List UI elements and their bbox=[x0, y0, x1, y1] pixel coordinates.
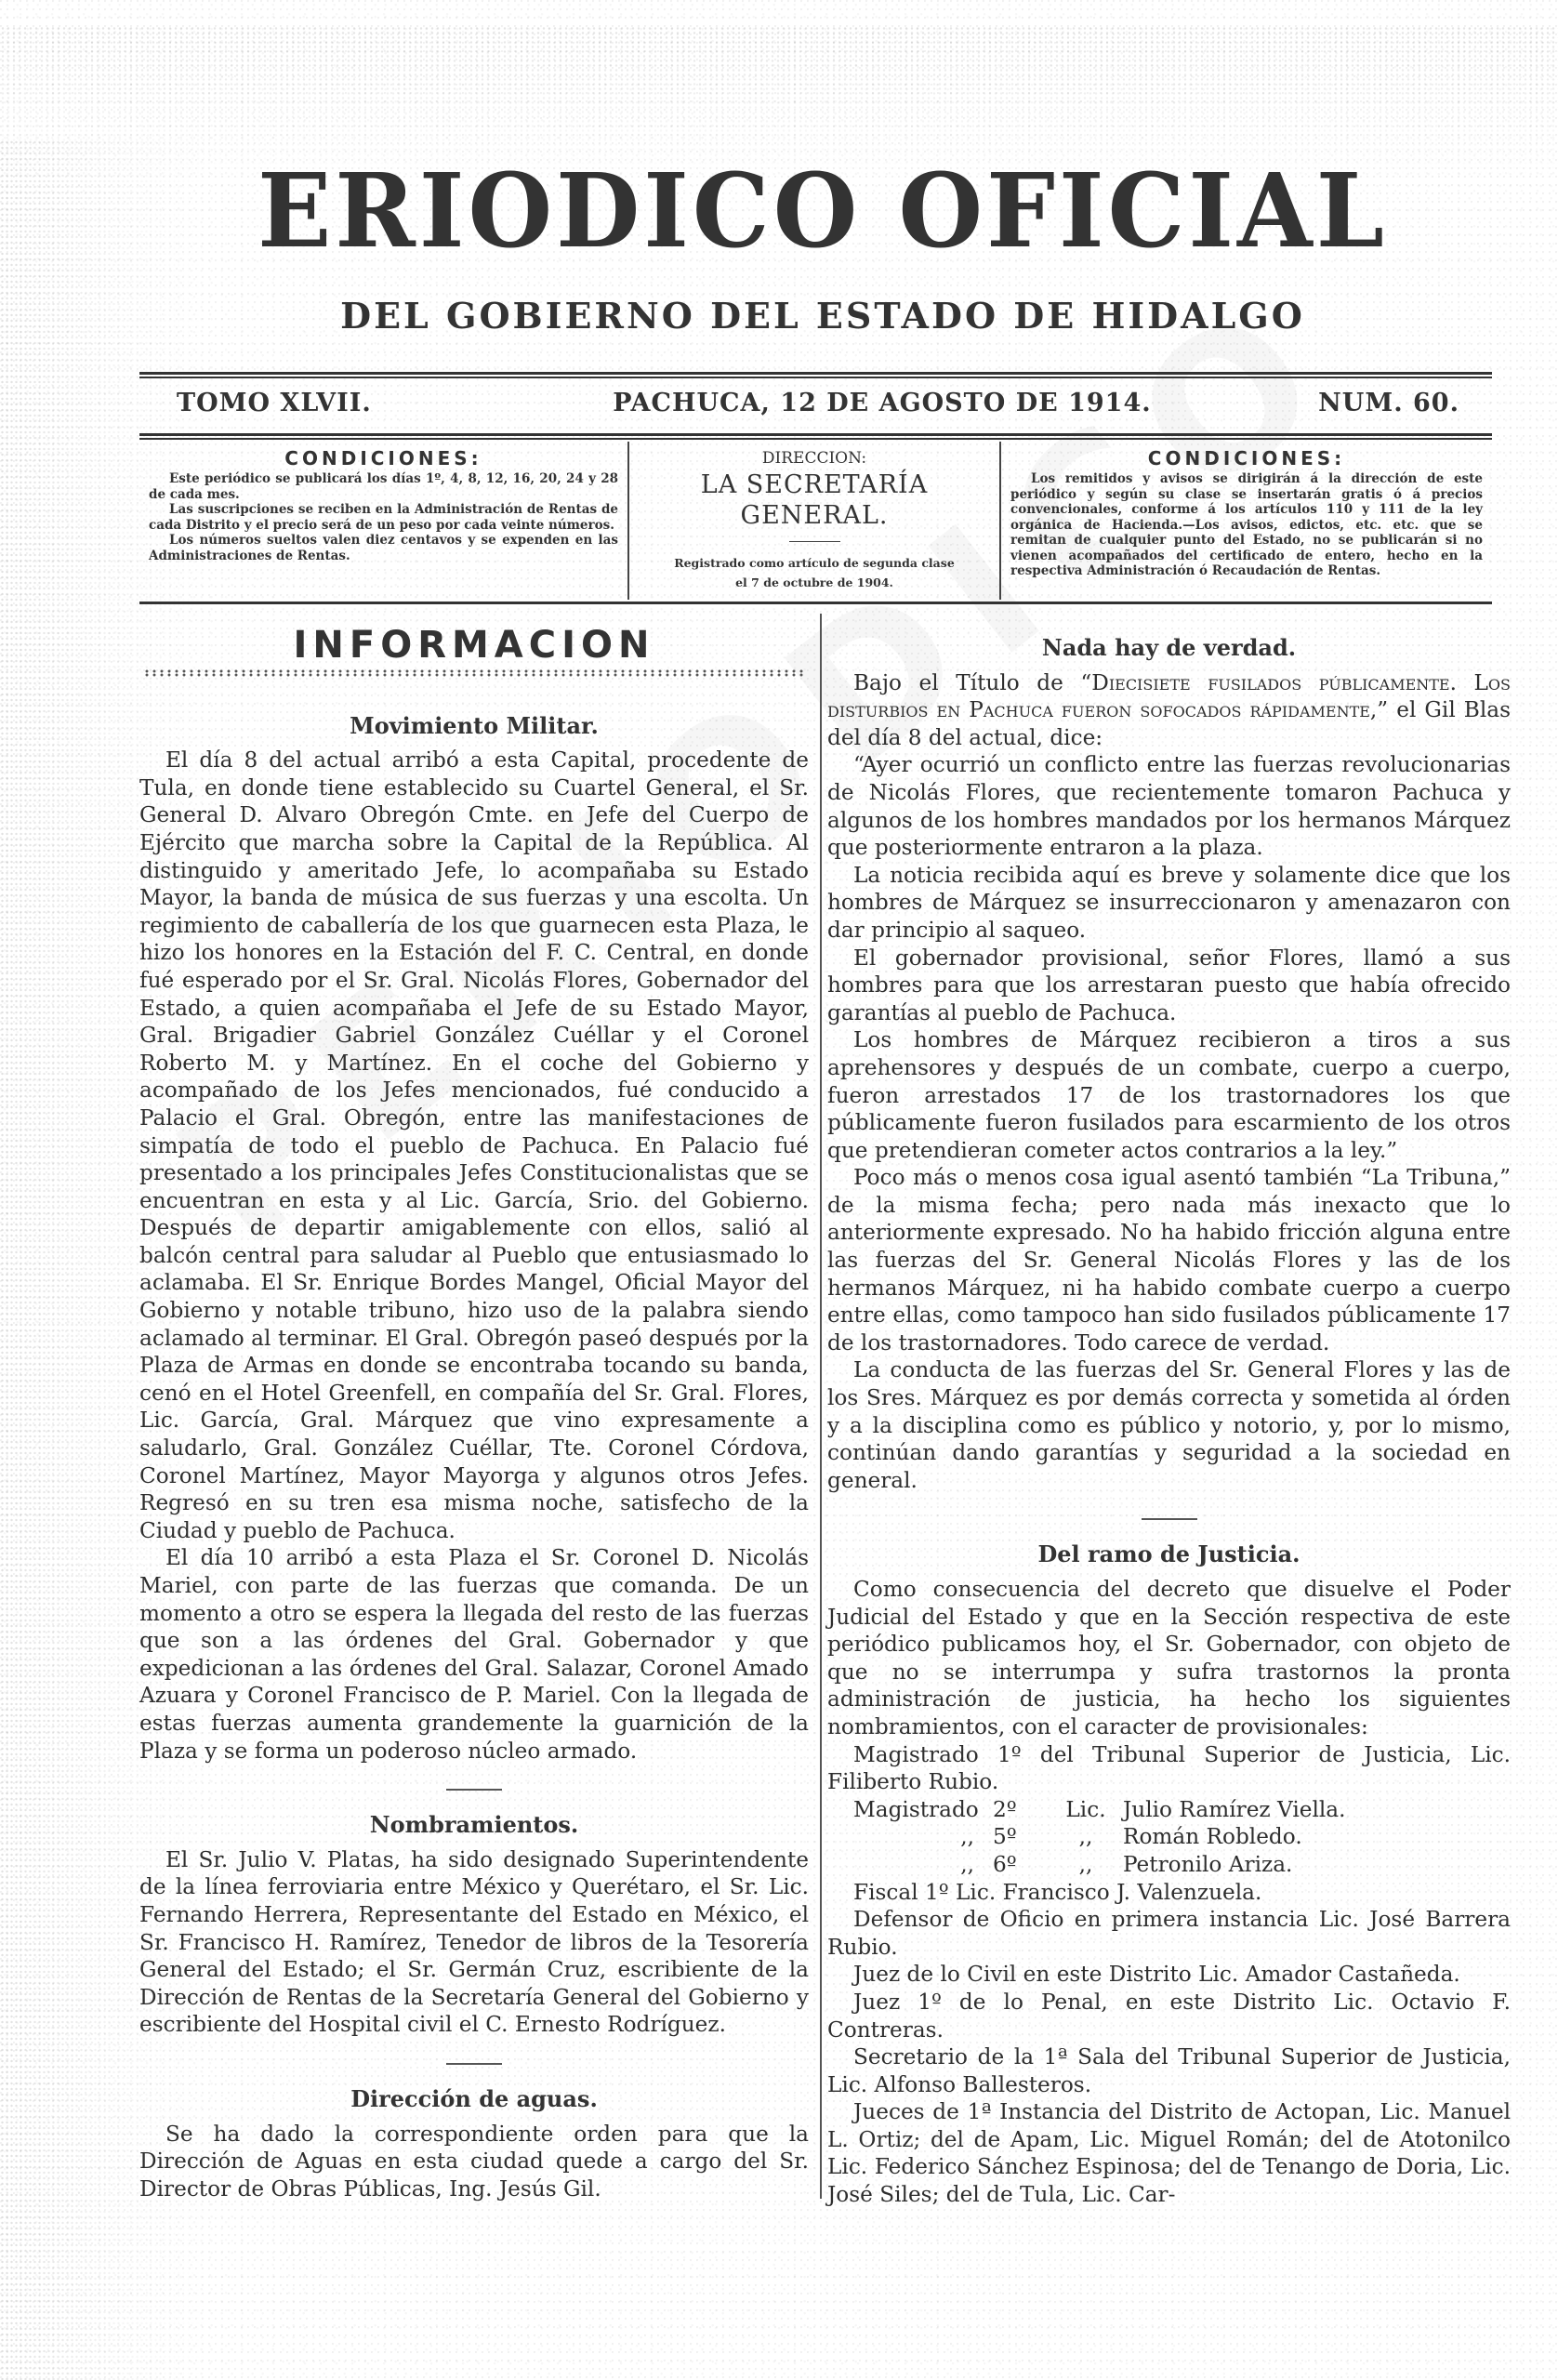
direction-label: DIRECCION: bbox=[639, 449, 990, 469]
appointment-office: ,, bbox=[853, 1851, 993, 1879]
issue-number: NUM. 60. bbox=[1318, 389, 1459, 417]
direction-name: LA SECRETARÍA GENERAL. bbox=[639, 470, 990, 532]
article-title: Nada hay de verdad. bbox=[827, 634, 1511, 662]
appointment: Secretario de la 1ª Sala del Tribunal Su… bbox=[827, 2043, 1511, 2098]
article-paragraph: El día 8 del actual arribó a esta Capita… bbox=[139, 747, 809, 1544]
boxes-rule-bottom bbox=[139, 602, 1492, 604]
condition-paragraph: Las suscripciones se reciben en la Admin… bbox=[149, 502, 618, 533]
appointment: Juez de lo Civil en este Distrito Lic. A… bbox=[827, 1961, 1511, 1989]
appointment: Jueces de 1ª Instancia del Distrito de A… bbox=[827, 2098, 1511, 2208]
registration-line: Registrado como artículo de segunda clas… bbox=[639, 553, 990, 573]
article-paragraph: “Ayer ocurrió un conflicto entre las fue… bbox=[827, 751, 1511, 861]
appointment-title: ,, bbox=[1049, 1823, 1123, 1851]
box-heading: CONDICIONES: bbox=[1010, 447, 1483, 469]
article-paragraph: La conducta de las fuerzas del Sr. Gener… bbox=[827, 1356, 1511, 1494]
subscription-conditions-box: CONDICIONES: Este periódico se publicará… bbox=[139, 442, 629, 600]
lead-prefix: Bajo el Título de bbox=[853, 670, 1080, 695]
appointment-title: ,, bbox=[1049, 1851, 1123, 1879]
issue-date: PACHUCA, 12 DE AGOSTO DE 1914. bbox=[613, 389, 1151, 417]
article-paragraph: Poco más o menos cosa igual asentó tambi… bbox=[827, 1164, 1511, 1356]
appointment-ordinal: 6º bbox=[993, 1851, 1049, 1879]
masthead-rule-bottom bbox=[139, 433, 1492, 440]
registration-date: el 7 de octubre de 1904. bbox=[639, 573, 990, 592]
appointment-office: Magistrado bbox=[853, 1796, 993, 1824]
newspaper-subtitle: DEL GOBIERNO DEL ESTADO DE HIDALGO bbox=[186, 295, 1459, 337]
masthead: ERIODICO OFICIAL DEL GOBIERNO DEL ESTADO… bbox=[186, 163, 1459, 337]
appointment-office: ,, bbox=[853, 1823, 993, 1851]
box-heading: CONDICIONES: bbox=[149, 447, 618, 469]
volume-number: TOMO XLVII. bbox=[177, 389, 372, 417]
appointment: Juez 1º de lo Penal, en este Distrito Li… bbox=[827, 1989, 1511, 2043]
article-paragraph: El gobernador provisional, señor Flores,… bbox=[827, 945, 1511, 1027]
masthead-rule-top bbox=[139, 372, 1492, 378]
direction-box: DIRECCION: LA SECRETARÍA GENERAL. Regist… bbox=[629, 442, 1001, 600]
right-column: Nada hay de verdad. Bajo el Título de “D… bbox=[827, 632, 1511, 2209]
appointment: Magistrado 1º del Tribunal Superior de J… bbox=[827, 1741, 1511, 1796]
section-heading: INFORMACION bbox=[139, 632, 809, 660]
condition-paragraph: Este periódico se publicará los días 1º,… bbox=[149, 471, 618, 502]
article-paragraph: El día 10 arribó a esta Plaza el Sr. Cor… bbox=[139, 1544, 809, 1765]
article-title: Movimiento Militar. bbox=[139, 712, 809, 740]
appointment-ordinal: 2º bbox=[993, 1796, 1049, 1824]
column-divider bbox=[820, 614, 822, 2199]
appointment-row: Magistrado 2º Lic. Julio Ramírez Viella. bbox=[827, 1796, 1511, 1824]
appointment-name: Petronilo Ariza. bbox=[1123, 1851, 1292, 1879]
appointment-ordinal: 5º bbox=[993, 1823, 1049, 1851]
article-title: Dirección de aguas. bbox=[139, 2085, 809, 2113]
article-title: Del ramo de Justicia. bbox=[827, 1540, 1511, 1568]
article-separator bbox=[446, 1789, 502, 1791]
appointment: Fiscal 1º Lic. Francisco J. Valenzuela. bbox=[827, 1879, 1511, 1907]
appointment-row: ,, 6º ,, Petronilo Ariza. bbox=[827, 1851, 1511, 1879]
appointment-name: Román Robledo. bbox=[1123, 1823, 1302, 1851]
appointment-name: Julio Ramírez Viella. bbox=[1123, 1796, 1346, 1824]
article-paragraph: El Sr. Julio V. Platas, ha sido designad… bbox=[139, 1846, 809, 2039]
dateline: TOMO XLVII. PACHUCA, 12 DE AGOSTO DE 191… bbox=[177, 389, 1459, 417]
condition-paragraph: Los remitidos y avisos se dirigirán á la… bbox=[1010, 471, 1483, 578]
condition-paragraph: Los números sueltos valen diez centavos … bbox=[149, 533, 618, 563]
article-paragraph: La noticia recibida aquí es breve y sola… bbox=[827, 862, 1511, 945]
newspaper-title: ERIODICO OFICIAL bbox=[186, 160, 1459, 261]
left-column: INFORMACION Movimiento Militar. El día 8… bbox=[139, 632, 809, 2202]
article-separator bbox=[446, 2063, 502, 2065]
article-paragraph: Los hombres de Márquez recibieron a tiro… bbox=[827, 1026, 1511, 1164]
appointment: Defensor de Oficio en primera instancia … bbox=[827, 1906, 1511, 1961]
article-paragraph: Como consecuencia del decreto que disuel… bbox=[827, 1576, 1511, 1741]
appointment-row: ,, 5º ,, Román Robledo. bbox=[827, 1823, 1511, 1851]
conditions-boxes: CONDICIONES: Este periódico se publicará… bbox=[139, 442, 1492, 600]
appointment-title: Lic. bbox=[1049, 1796, 1123, 1824]
article-title: Nombramientos. bbox=[139, 1811, 809, 1839]
notices-conditions-box: CONDICIONES: Los remitidos y avisos se d… bbox=[1001, 442, 1492, 600]
article-paragraph: Se ha dado la correspondiente orden para… bbox=[139, 2121, 809, 2203]
ornamental-rule bbox=[143, 669, 805, 677]
article-separator bbox=[1142, 1518, 1197, 1520]
article-lead: Bajo el Título de “Diecisiete fusilados … bbox=[827, 669, 1511, 752]
direction-rule bbox=[789, 541, 840, 542]
